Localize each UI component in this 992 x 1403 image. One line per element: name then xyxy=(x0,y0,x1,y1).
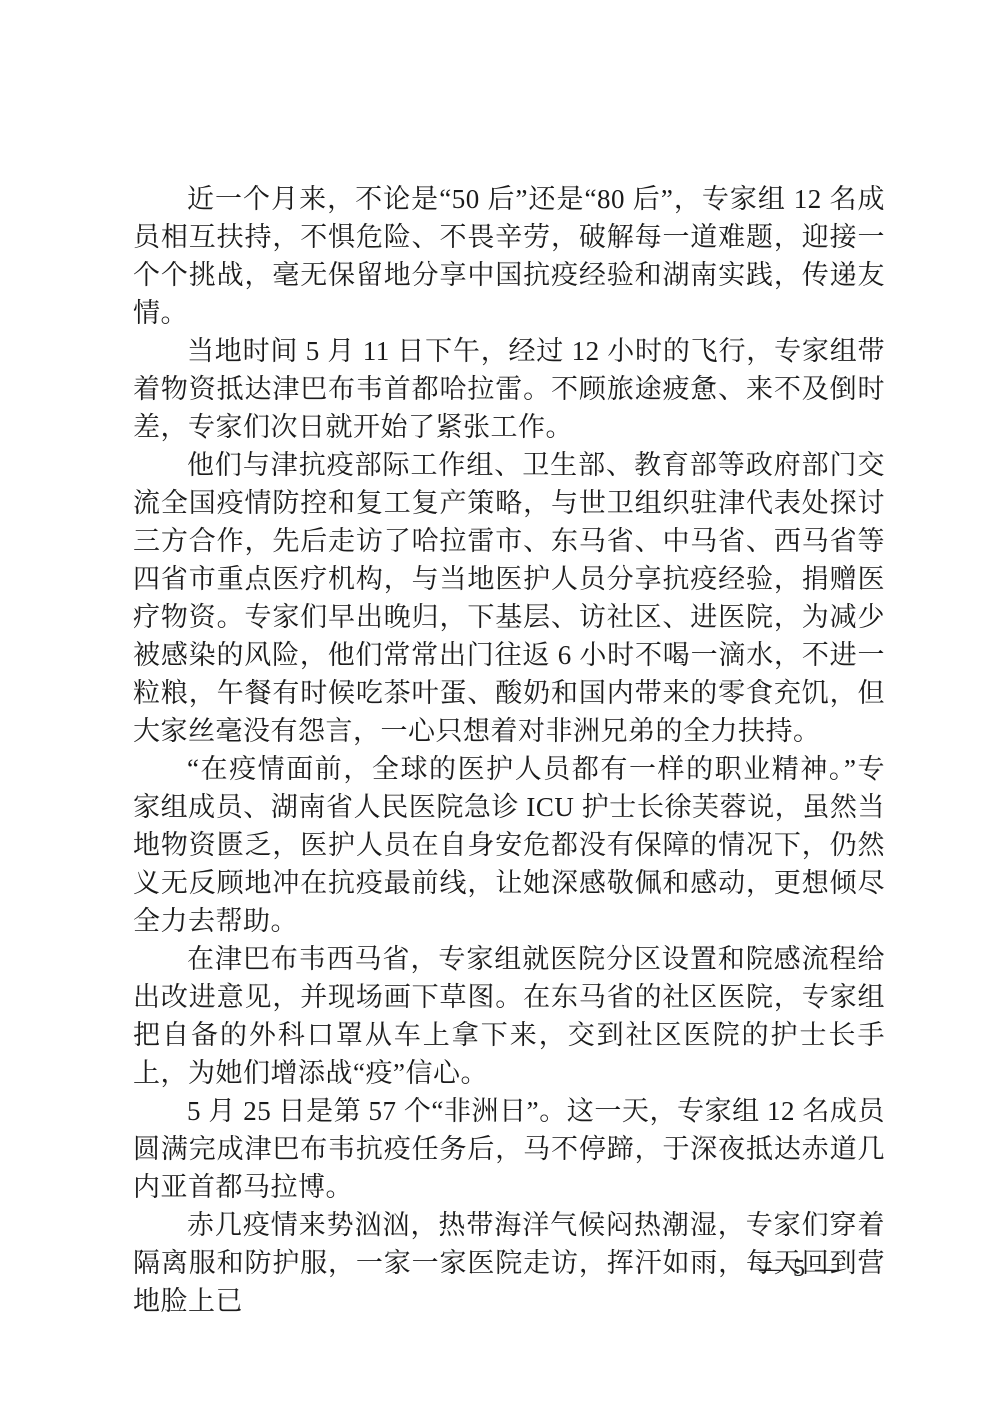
paragraph: 在津巴布韦西马省，专家组就医院分区设置和院感流程给出改进意见，并现场画下草图。在… xyxy=(133,940,885,1092)
document-page: 近一个月来，不论是“50 后”还是“80 后”，专家组 12 名成员相互扶持，不… xyxy=(0,0,992,1403)
page-number: — 5 — xyxy=(744,1254,856,1284)
document-body: 近一个月来，不论是“50 后”还是“80 后”，专家组 12 名成员相互扶持，不… xyxy=(133,180,885,1320)
paragraph: 他们与津抗疫部际工作组、卫生部、教育部等政府部门交流全国疫情防控和复工复产策略，… xyxy=(133,446,885,750)
paragraph: 5 月 25 日是第 57 个“非洲日”。这一天，专家组 12 名成员圆满完成津… xyxy=(133,1092,885,1206)
paragraph: 近一个月来，不论是“50 后”还是“80 后”，专家组 12 名成员相互扶持，不… xyxy=(133,180,885,332)
paragraph: 当地时间 5 月 11 日下午，经过 12 小时的飞行，专家组带着物资抵达津巴布… xyxy=(133,332,885,446)
paragraph: “在疫情面前，全球的医护人员都有一样的职业精神。”专家组成员、湖南省人民医院急诊… xyxy=(133,750,885,940)
